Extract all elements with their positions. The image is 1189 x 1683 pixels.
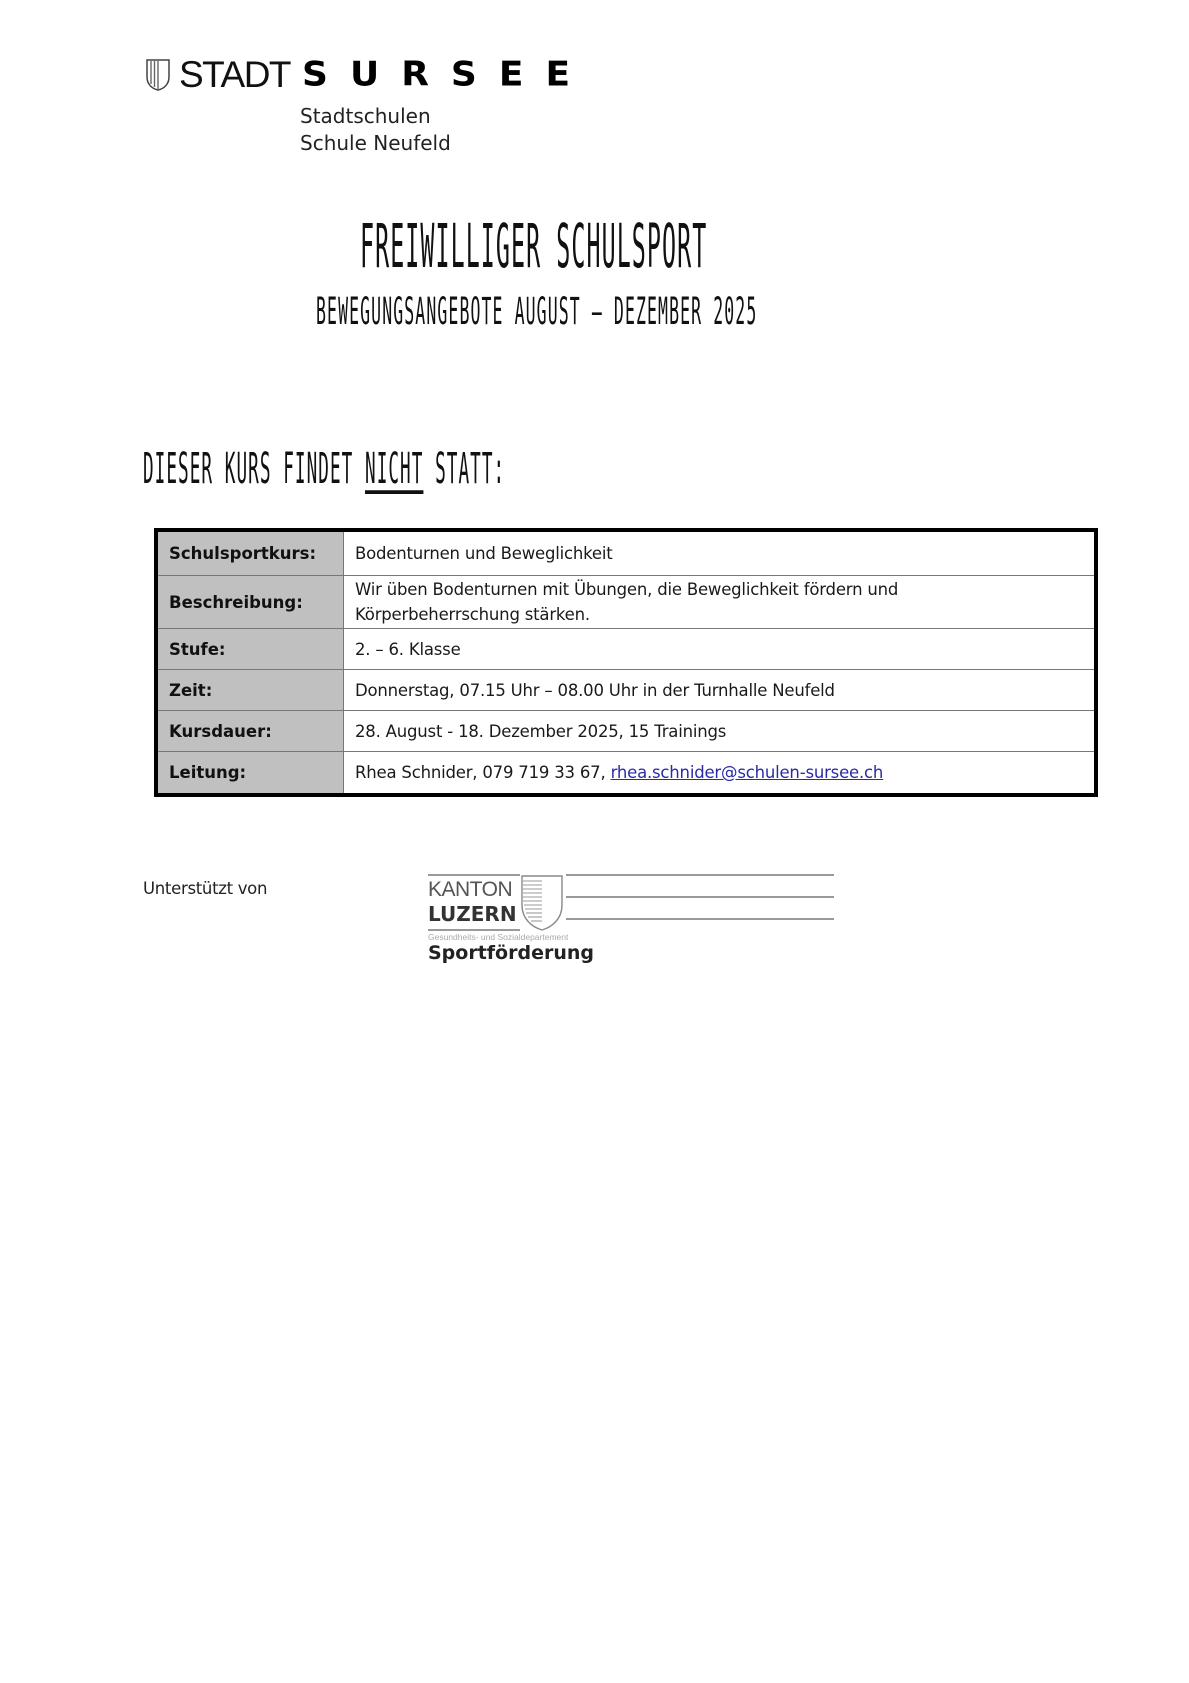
row-label: Beschreibung: [156, 576, 344, 629]
logo-rule [566, 874, 834, 876]
cancellation-notice: Dieser Kurs findet nicht statt: [143, 444, 505, 494]
school-line-1: Stadtschulen [300, 103, 451, 130]
city-shield-icon [146, 59, 170, 91]
row-label: Stufe: [156, 629, 344, 670]
row-label: Schulsportkurs: [156, 530, 344, 576]
table-row: Beschreibung: Wir üben Bodenturnen mit Ü… [156, 576, 1096, 629]
city-logo-prefix: STADT [179, 58, 290, 92]
sponsor-line-2: LUZERN [428, 903, 517, 925]
leader-contact: Rhea Schnider, 079 719 33 67, [355, 763, 611, 782]
table-row: Kursdauer: 28. August - 18. Dezember 202… [156, 711, 1096, 752]
sponsor-logo: KANTON LUZERN Gesundheits- und Sozialdep… [428, 872, 838, 968]
city-logo-name: SURSEE [302, 59, 592, 91]
table-row: Zeit: Donnerstag, 07.15 Uhr – 08.00 Uhr … [156, 670, 1096, 711]
sponsor-department: Gesundheits- und Sozialdepartement [428, 932, 568, 942]
notice-text-before: Dieser Kurs findet [143, 444, 365, 494]
table-row: Leitung: Rhea Schnider, 079 719 33 67, r… [156, 752, 1096, 796]
sponsor-line-1: KANTON [428, 879, 512, 901]
row-value: Rhea Schnider, 079 719 33 67, rhea.schni… [344, 752, 1097, 796]
logo-rule [566, 896, 834, 898]
course-info-table: Schulsportkurs: Bodenturnen und Beweglic… [154, 528, 1098, 797]
row-label: Kursdauer: [156, 711, 344, 752]
logo-rule [428, 874, 520, 876]
sponsor-program: Sportförderung [428, 942, 594, 964]
leader-email-link[interactable]: rhea.schnider@schulen-sursee.ch [611, 763, 884, 782]
notice-emphasis: nicht [365, 444, 423, 494]
row-value: Bodenturnen und Beweglichkeit [344, 530, 1097, 576]
row-value: 2. – 6. Klasse [344, 629, 1097, 670]
row-label: Leitung: [156, 752, 344, 796]
notice-text-after: statt: [423, 444, 505, 494]
canton-shield-icon [520, 875, 564, 931]
table-row: Stufe: 2. – 6. Klasse [156, 629, 1096, 670]
city-logo: STADT SURSEE [146, 58, 592, 92]
table-row: Schulsportkurs: Bodenturnen und Beweglic… [156, 530, 1096, 576]
page-subtitle: Bewegungsangebote August – Dezember 2025 [316, 290, 757, 334]
logo-rule [428, 929, 520, 931]
logo-rule [566, 918, 834, 920]
row-value: Donnerstag, 07.15 Uhr – 08.00 Uhr in der… [344, 670, 1097, 711]
row-label: Zeit: [156, 670, 344, 711]
row-value: Wir üben Bodenturnen mit Übungen, die Be… [344, 576, 1097, 629]
school-line-2: Schule Neufeld [300, 130, 451, 157]
row-value: 28. August - 18. Dezember 2025, 15 Train… [344, 711, 1097, 752]
page-title: Freiwilliger Schulsport [360, 212, 707, 282]
support-label: Unterstützt von [143, 879, 267, 898]
school-name: Stadtschulen Schule Neufeld [300, 103, 451, 157]
